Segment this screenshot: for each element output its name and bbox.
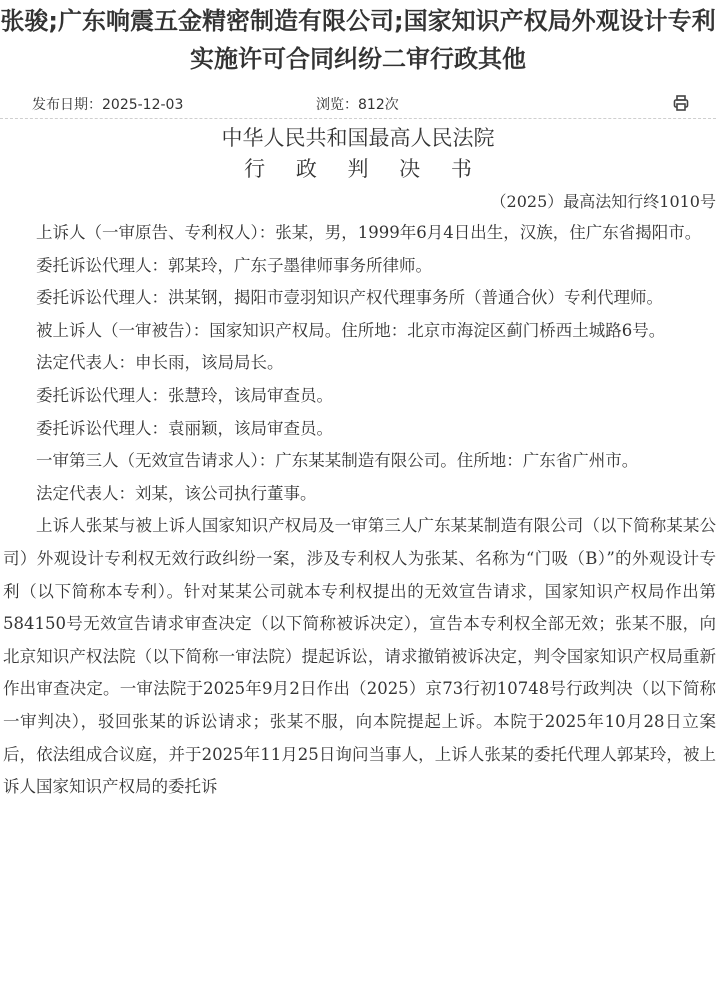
publish-date: 发布日期：2025-12-03 xyxy=(32,94,183,114)
meta-bar: 发布日期：2025-12-03 浏览：812次 xyxy=(0,88,716,119)
case-number: （2025）最高法知行终1010号 xyxy=(0,187,716,217)
printer-icon[interactable] xyxy=(672,94,690,112)
judgment-document: 中华人民共和国最高人民法院 行 政 判 决 书 （2025）最高法知行终1010… xyxy=(0,123,716,804)
paragraph-agent-2: 委托诉讼代理人：洪某钢，揭阳市壹羽知识产权代理事务所（普通合伙）专利代理师。 xyxy=(0,282,716,315)
paragraph-agent-3: 委托诉讼代理人：张慧玲，该局审查员。 xyxy=(0,380,716,413)
paragraph-third-party-rep: 法定代表人：刘某，该公司执行董事。 xyxy=(0,478,716,511)
paragraph-appellant: 上诉人（一审原告、专利权人）：张某，男，1999年6月4日出生，汉族，住广东省揭… xyxy=(0,217,716,250)
paragraph-third-party: 一审第三人（无效宣告请求人）：广东某某制造有限公司。住所地：广东省广州市。 xyxy=(0,445,716,478)
page-title: 张骏;广东响震五金精密制造有限公司;国家知识产权局外观设计专利实施许可合同纠纷二… xyxy=(0,0,716,78)
view-count: 浏览：812次 xyxy=(316,94,399,114)
paragraph-agent-1: 委托诉讼代理人：郭某玲，广东子墨律师事务所律师。 xyxy=(0,250,716,283)
paragraph-appellee: 被上诉人（一审被告）：国家知识产权局。住所地：北京市海淀区蓟门桥西土城路6号。 xyxy=(0,315,716,348)
paragraph-agent-4: 委托诉讼代理人：袁丽颖，该局审查员。 xyxy=(0,413,716,446)
paragraph-case-summary: 上诉人张某与被上诉人国家知识产权局及一审第三人广东某某制造有限公司（以下简称某某… xyxy=(0,510,716,803)
court-name: 中华人民共和国最高人民法院 xyxy=(0,123,716,153)
paragraph-legal-rep: 法定代表人：申长雨，该局局长。 xyxy=(0,347,716,380)
document-type: 行 政 判 决 书 xyxy=(12,153,716,185)
